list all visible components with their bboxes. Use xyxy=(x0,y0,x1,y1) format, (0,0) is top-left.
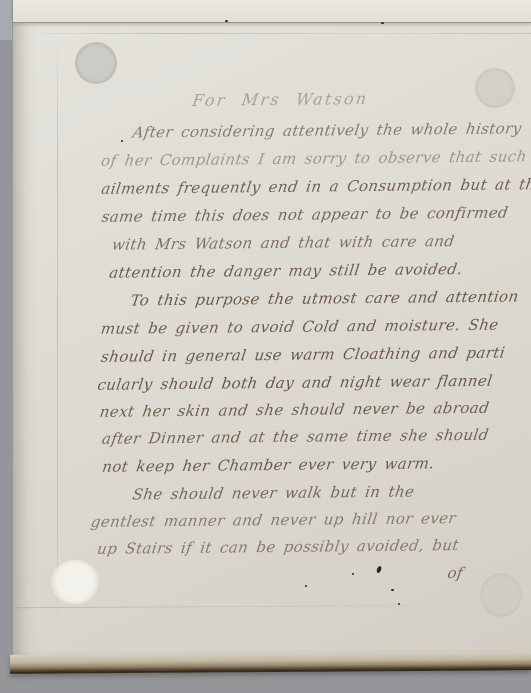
manuscript-line: gentlest manner and never up hill nor ev… xyxy=(90,509,458,531)
manuscript-line: cularly should both day and night wear f… xyxy=(96,372,494,394)
catchword: of xyxy=(446,564,464,582)
manuscript-line: must be given to avoid Cold and moisture… xyxy=(100,316,500,338)
manuscript-line: To this purpose the utmost care and atte… xyxy=(129,287,520,309)
manuscript-line: ailments frequently end in a Consumption… xyxy=(100,175,531,198)
manuscript-line: same time this does not appear to be con… xyxy=(100,204,509,226)
manuscript-page: For Mrs Watson After considering attenti… xyxy=(13,0,531,660)
manuscript-photo: For Mrs Watson After considering attenti… xyxy=(0,0,531,693)
manuscript-line: with Mrs Watson and that with care and xyxy=(111,232,456,254)
manuscript-line: should in general use warm Cloathing and… xyxy=(100,344,506,366)
manuscript-line: She should never walk but in the xyxy=(131,483,415,504)
manuscript-line: After considering attentively the whole … xyxy=(132,119,523,141)
letter-text: For Mrs Watson After considering attenti… xyxy=(10,0,531,663)
manuscript-line: up Stairs if it can be possibly avoided,… xyxy=(96,536,460,558)
manuscript-line: next her skin and she should never be ab… xyxy=(99,399,491,421)
manuscript-line: after Dinner and at the same time she sh… xyxy=(101,426,490,448)
manuscript-line: not keep her Chamber ever very warm. xyxy=(101,454,436,476)
letter-heading: For Mrs Watson xyxy=(191,89,370,110)
book-page-stack-edge xyxy=(10,651,531,674)
manuscript-line: attention the danger may still be avoide… xyxy=(108,260,464,282)
manuscript-line: of her Complaints I am sorry to observe … xyxy=(100,147,528,169)
